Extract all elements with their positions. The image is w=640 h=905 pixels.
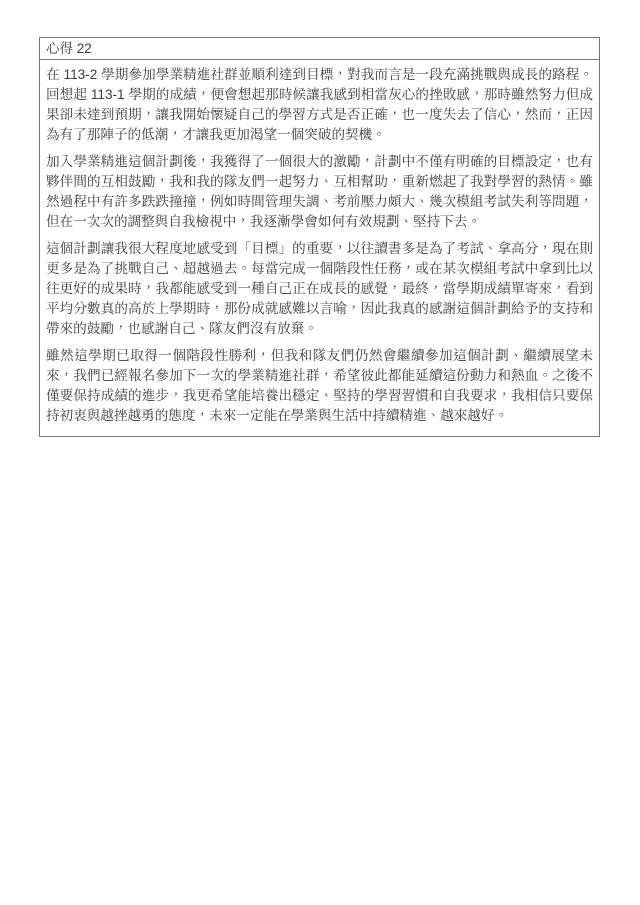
paragraph-3: 這個計劃讓我很大程度地感受到「目標」的重要，以往讀書多是為了考試、拿高分，現在則… [46, 239, 593, 339]
feedback-title: 心得 22 [46, 41, 92, 56]
feedback-table: 心得 22 在 113-2 學期參加學業精進社群並順利達到目標，對我而言是一段充… [39, 37, 600, 437]
paragraph-1: 在 113-2 學期參加學業精進社群並順利達到目標，對我而言是一段充滿挑戰與成長… [46, 65, 593, 145]
table-body-cell: 在 113-2 學期參加學業精進社群並順利達到目標，對我而言是一段充滿挑戰與成長… [40, 60, 599, 436]
paragraph-4: 雖然這學期已取得一個階段性勝利，但我和隊友們仍然會繼續參加這個計劃、繼續展望未來… [46, 346, 593, 426]
document-page: 心得 22 在 113-2 學期參加學業精進社群並順利達到目標，對我而言是一段充… [0, 0, 640, 905]
table-header-row: 心得 22 [40, 38, 599, 60]
paragraph-2: 加入學業精進這個計劃後，我獲得了一個很大的激勵，計劃中不僅有明確的目標設定，也有… [46, 152, 593, 232]
